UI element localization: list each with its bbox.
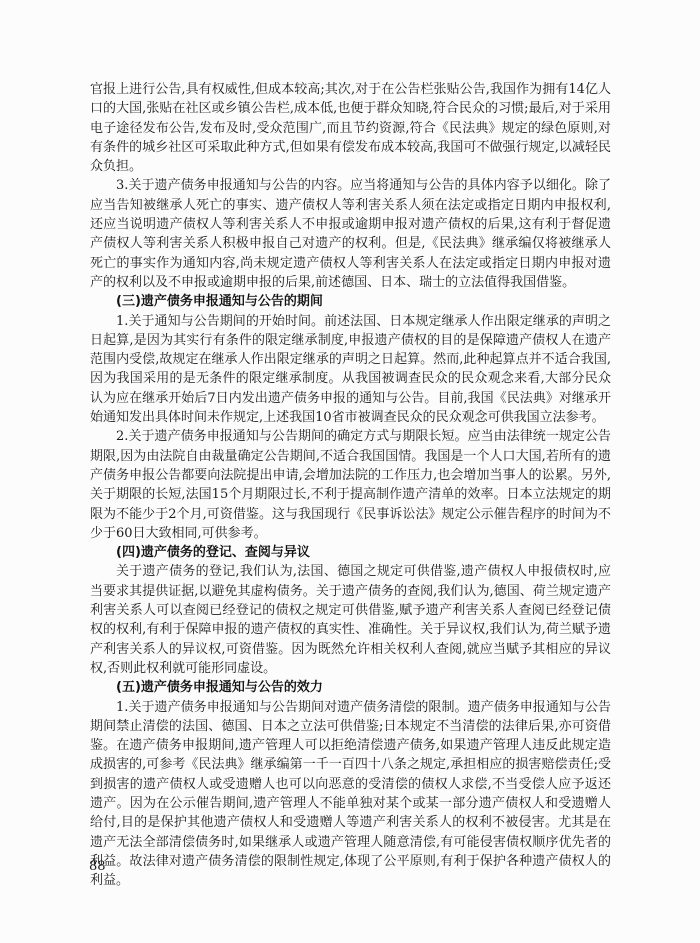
body-paragraph: 2.关于遗产债务申报通知与公告期间的确定方式与期限长短。应当由法律统一规定公告期…	[90, 427, 611, 543]
document-page: 官报上进行公告,具有权威性,但成本较高;其次,对于在公告栏张贴公告,我国作为拥有…	[0, 0, 700, 943]
document-body: 官报上进行公告,具有权威性,但成本较高;其次,对于在公告栏张贴公告,我国作为拥有…	[90, 80, 611, 890]
body-paragraph: 3.关于遗产债务申报通知与公告的内容。应当将通知与公告的具体内容予以细化。除了应…	[90, 176, 611, 292]
body-paragraph: 1.关于通知与公告期间的开始时间。前述法国、日本规定继承人作出限定继承的声明之日…	[90, 312, 611, 428]
body-paragraph: 关于遗产债务的登记,我们认为,法国、德国之规定可供借鉴,遗产债权人申报债权时,应…	[90, 562, 611, 678]
body-paragraph: 官报上进行公告,具有权威性,但成本较高;其次,对于在公告栏张贴公告,我国作为拥有…	[90, 80, 611, 176]
page-number: 88	[89, 857, 106, 876]
section-heading: (五)遗产债务申报通知与公告的效力	[90, 678, 611, 697]
section-heading: (三)遗产债务申报通知与公告的期间	[90, 292, 611, 311]
body-paragraph: 1.关于遗产债务申报通知与公告期间对遗产债务清偿的限制。遗产债务申报通知与公告期…	[90, 698, 611, 891]
section-heading: (四)遗产债务的登记、查阅与异议	[90, 543, 611, 562]
